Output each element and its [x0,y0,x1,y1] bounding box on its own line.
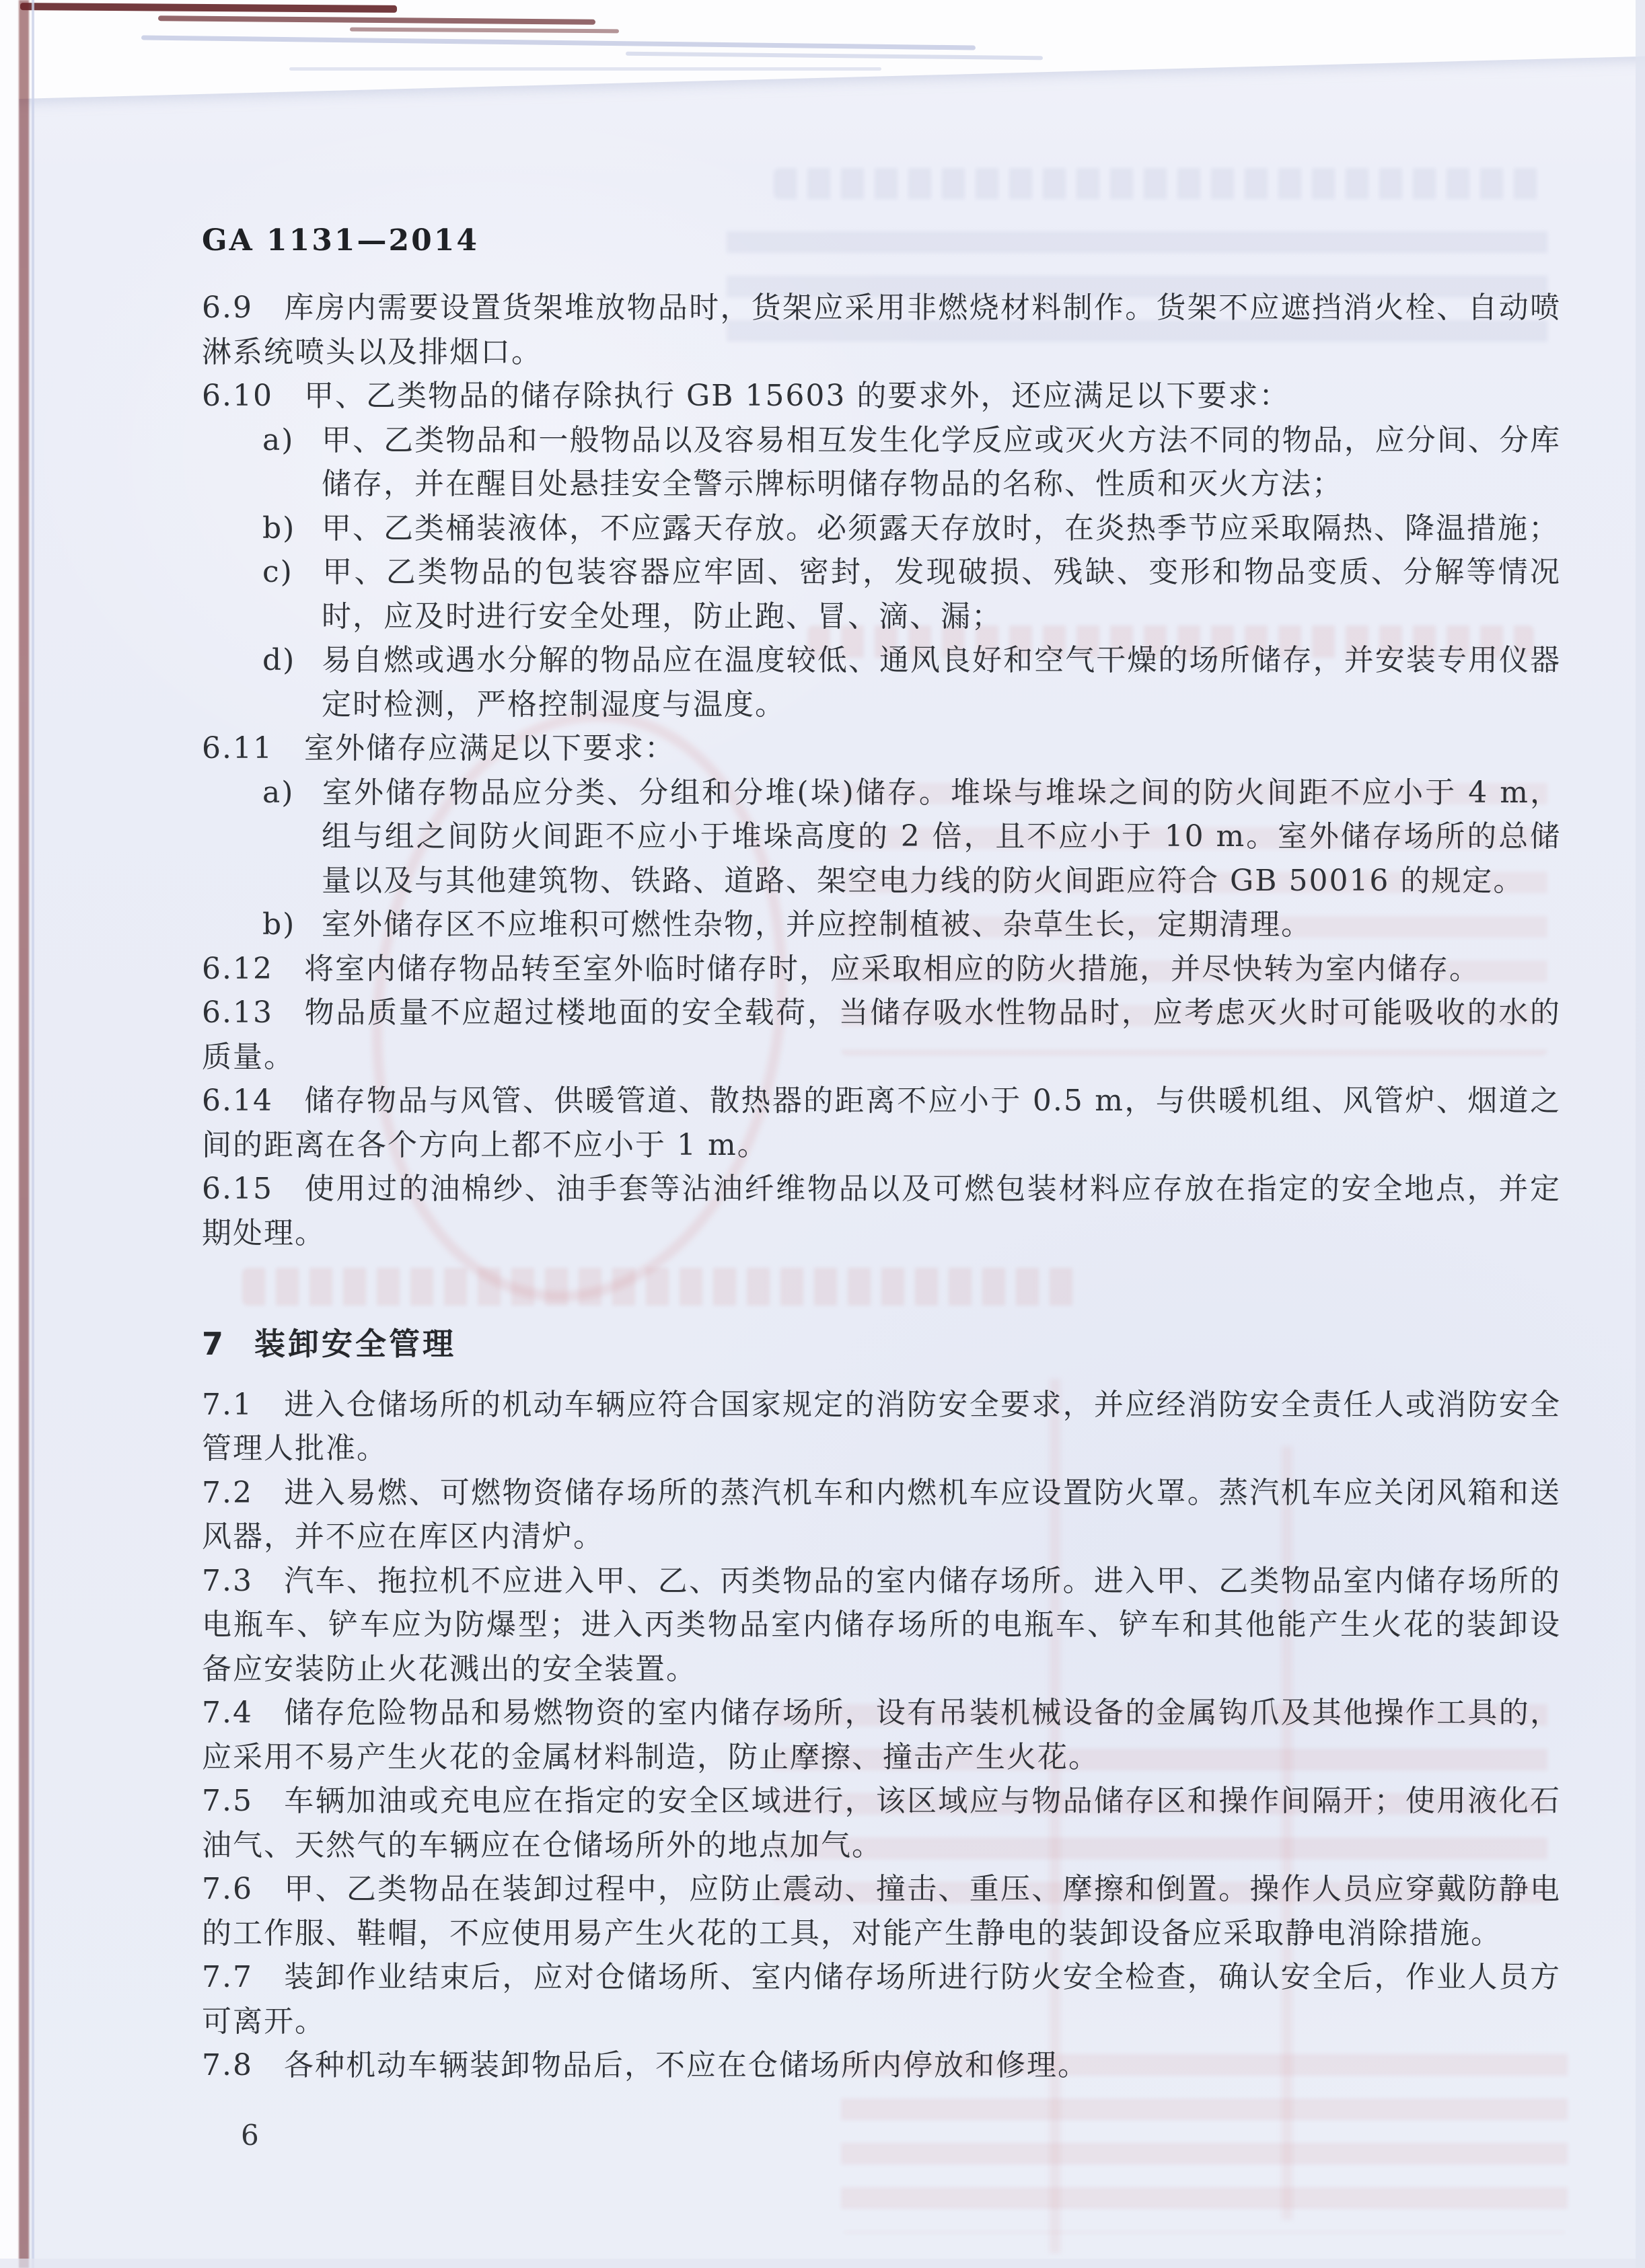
list-item-b: b)甲、乙类桶装液体，不应露天存放。必须露天存放时，在炎热季节应采取隔热、降温措… [202,506,1561,551]
clause-text: 汽车、拖拉机不应进入甲、乙、丙类物品的室内储存场所。进入甲、乙类物品室内储存场所… [202,1564,1561,1686]
document-body: 6.9库房内需要设置货架堆放物品时，货架应采用非燃烧材料制作。货架不应遮挡消火栓… [202,286,1561,2088]
list-item-a: a)甲、乙类物品和一般物品以及容易相互发生化学反应或灭火方法不同的物品，应分间、… [202,418,1561,506]
clause-text: 进入仓储场所的机动车辆应符合国家规定的消防安全要求，并应经消防安全责任人或消防安… [202,1388,1561,1466]
item-marker: a) [262,771,322,815]
scan-bottom-shade [0,2259,1645,2268]
clause-7-6: 7.6甲、乙类物品在装卸过程中，应防止震动、撞击、重压、摩擦和倒置。操作人员应穿… [202,1867,1561,1955]
clause-7-3: 7.3汽车、拖拉机不应进入甲、乙、丙类物品的室内储存场所。进入甲、乙类物品室内储… [202,1559,1561,1692]
scan-left-edge [0,0,19,2268]
item-marker: c) [262,550,322,595]
clause-7-7: 7.7装卸作业结束后，应对仓储场所、室内储存场所进行防火安全检查，确认安全后，作… [202,1955,1561,2043]
clause-number: 7.7 [202,1960,253,1994]
clause-number: 6.15 [202,1172,273,1206]
clause-number: 6.10 [202,379,273,413]
page-number: 6 [241,2119,259,2152]
section-title: 装卸安全管理 [254,1326,456,1362]
clause-number: 7.5 [202,1784,253,1818]
page-fold-line [32,0,34,2268]
clause-text: 甲、乙类物品在装卸过程中，应防止震动、撞击、重压、摩擦和倒置。操作人员应穿戴防静… [202,1872,1561,1951]
scan-right-shade [1636,0,1645,2268]
standard-code: GA 1131—2014 [202,223,479,258]
bleedthrough-text-ghost [774,168,1547,199]
scan-streak [289,67,881,71]
clause-6-15: 6.15使用过的油棉纱、油手套等沾油纤维物品以及可燃包装材料应存放在指定的安全地… [202,1167,1561,1255]
clause-text: 各种机动车辆装卸物品后，不应在仓储场所内停放和修理。 [284,2048,1089,2082]
clause-number: 6.11 [202,731,273,765]
item-marker: b) [262,506,322,551]
standard-code-header: GA 1131—2014 [202,223,479,258]
item-text: 室外储存物品应分类、分组和分堆(垛)储存。堆垛与堆垛之间的防火间距不应小于 4 … [322,776,1561,898]
clause-text: 储存危险物品和易燃物资的室内储存场所，设有吊装机械设备的金属钩爪及其他操作工具的… [202,1696,1561,1774]
list-item-d: d)易自燃或遇水分解的物品应在温度较低、通风良好和空气干燥的场所储存，并安装专用… [202,638,1561,726]
clause-number: 6.12 [202,952,273,986]
clause-text: 装卸作业结束后，应对仓储场所、室内储存场所进行防火安全检查，确认安全后，作业人员… [202,1960,1561,2039]
item-text: 甲、乙类物品的包装容器应牢固、密封，发现破损、残缺、变形和物品变质、分解等情况时… [322,555,1561,634]
item-text: 甲、乙类桶装液体，不应露天存放。必须露天存放时，在炎热季节应采取隔热、降温措施； [322,511,1560,545]
list-item-a: a)室外储存物品应分类、分组和分堆(垛)储存。堆垛与堆垛之间的防火间距不应小于 … [202,771,1561,903]
clause-text: 物品质量不应超过楼地面的安全载荷，当储存吸水性物品时，应考虑灭火时可能吸收的水的… [202,995,1561,1074]
clause-text: 甲、乙类物品的储存除执行 GB 15603 的要求外，还应满足以下要求： [304,379,1290,413]
scan-left-red-stripe [19,0,29,2268]
clause-number: 7.6 [202,1872,253,1906]
clause-number: 7.8 [202,2048,253,2082]
clause-6-12: 6.12将室内储存物品转至室外临时储存时，应采取相应的防火措施，并尽快转为室内储… [202,947,1561,991]
clause-text: 库房内需要设置货架堆放物品时，货架应采用非燃烧材料制作。货架不应遮挡消火栓、自动… [202,291,1561,369]
item-marker: d) [262,638,322,683]
item-text: 甲、乙类物品和一般物品以及容易相互发生化学反应或灭火方法不同的物品，应分间、分库… [322,423,1561,502]
clause-number: 7.3 [202,1564,253,1598]
clause-text: 室外储存应满足以下要求： [304,731,675,765]
clause-text: 进入易燃、可燃物资储存场所的蒸汽机车和内燃机车应设置防火罩。蒸汽机车应关闭风箱和… [202,1476,1561,1554]
clause-7-4: 7.4储存危险物品和易燃物资的室内储存场所，设有吊装机械设备的金属钩爪及其他操作… [202,1691,1561,1779]
clause-7-8: 7.8各种机动车辆装卸物品后，不应在仓储场所内停放和修理。 [202,2043,1561,2088]
list-item-b: b)室外储存区不应堆积可燃性杂物，并应控制植被、杂草生长，定期清理。 [202,903,1561,947]
clause-6-9: 6.9库房内需要设置货架堆放物品时，货架应采用非燃烧材料制作。货架不应遮挡消火栓… [202,286,1561,374]
clause-text: 车辆加油或充电应在指定的安全区域进行，该区域应与物品储存区和操作间隔开；使用液化… [202,1784,1561,1862]
section-number: 7 [202,1326,226,1362]
clause-number: 7.4 [202,1696,253,1730]
section-heading-7: 7装卸安全管理 [202,1322,1561,1367]
clause-6-13: 6.13物品质量不应超过楼地面的安全载荷，当储存吸水性物品时，应考虑灭火时可能吸… [202,991,1561,1079]
clause-text: 将室内储存物品转至室外临时储存时，应采取相应的防火措施，并尽快转为室内储存。 [304,952,1480,986]
clause-number: 6.9 [202,291,253,325]
item-marker: a) [262,418,322,463]
clause-number: 7.2 [202,1476,253,1510]
item-text: 易自燃或遇水分解的物品应在温度较低、通风良好和空气干燥的场所储存，并安装专用仪器… [322,643,1561,722]
clause-text: 使用过的油棉纱、油手套等沾油纤维物品以及可燃包装材料应存放在指定的安全地点，并定… [202,1172,1561,1250]
clause-number: 7.1 [202,1388,253,1422]
clause-6-11: 6.11室外储存应满足以下要求： [202,726,1561,771]
list-item-c: c)甲、乙类物品的包装容器应牢固、密封，发现破损、残缺、变形和物品变质、分解等情… [202,550,1561,638]
clause-7-2: 7.2进入易燃、可燃物资储存场所的蒸汽机车和内燃机车应设置防火罩。蒸汽机车应关闭… [202,1471,1561,1559]
clause-7-1: 7.1进入仓储场所的机动车辆应符合国家规定的消防安全要求，并应经消防安全责任人或… [202,1383,1561,1471]
scanned-document-page: GA 1131—2014 6.9库房内需要设置货架堆放物品时，货架应采用非燃烧材… [0,0,1645,2268]
clause-7-5: 7.5车辆加油或充电应在指定的安全区域进行，该区域应与物品储存区和操作间隔开；使… [202,1779,1561,1867]
clause-6-10: 6.10甲、乙类物品的储存除执行 GB 15603 的要求外，还应满足以下要求： [202,374,1561,418]
clause-6-14: 6.14储存物品与风管、供暖管道、散热器的距离不应小于 0.5 m，与供暖机组、… [202,1079,1561,1167]
item-marker: b) [262,903,322,947]
clause-number: 6.14 [202,1084,273,1118]
clause-number: 6.13 [202,995,273,1030]
clause-text: 储存物品与风管、供暖管道、散热器的距离不应小于 0.5 m，与供暖机组、风管炉、… [202,1084,1561,1162]
item-text: 室外储存区不应堆积可燃性杂物，并应控制植被、杂草生长，定期清理。 [322,907,1312,942]
